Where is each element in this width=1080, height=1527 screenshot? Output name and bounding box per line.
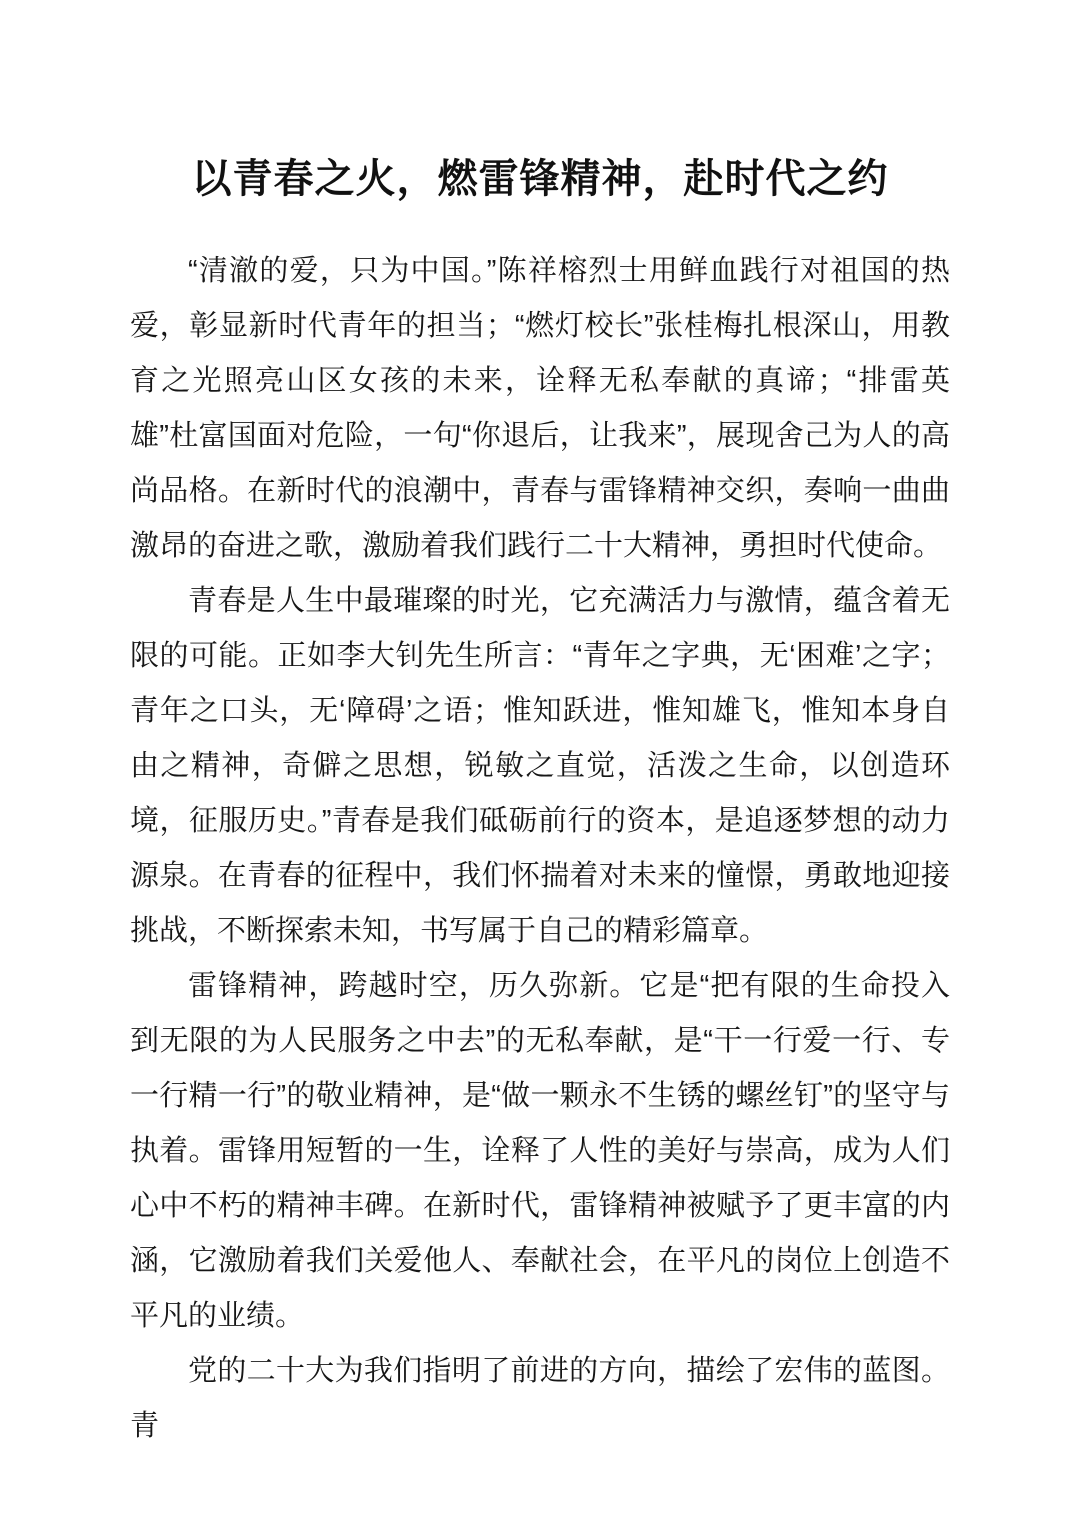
body-paragraph-3: 雷锋精神，跨越时空，历久弥新。它是“把有限的生命投入到无限的为人民服务之中去”的…: [130, 959, 950, 1344]
body-paragraph-2: 青春是人生中最璀璨的时光，它充满活力与激情，蕴含着无限的可能。正如李大钊先生所言…: [130, 574, 950, 959]
body-paragraph-1: “清澈的爱，只为中国。”陈祥榕烈士用鲜血践行对祖国的热爱，彰显新时代青年的担当；…: [130, 244, 950, 574]
document-title: 以青春之火，燃雷锋精神，赴时代之约: [130, 150, 950, 208]
document-page: 以青春之火，燃雷锋精神，赴时代之约 “清澈的爱，只为中国。”陈祥榕烈士用鲜血践行…: [0, 0, 1080, 1527]
document-body: “清澈的爱，只为中国。”陈祥榕烈士用鲜血践行对祖国的热爱，彰显新时代青年的担当；…: [130, 244, 950, 1454]
body-paragraph-4: 党的二十大为我们指明了前进的方向，描绘了宏伟的蓝图。青: [130, 1344, 950, 1454]
